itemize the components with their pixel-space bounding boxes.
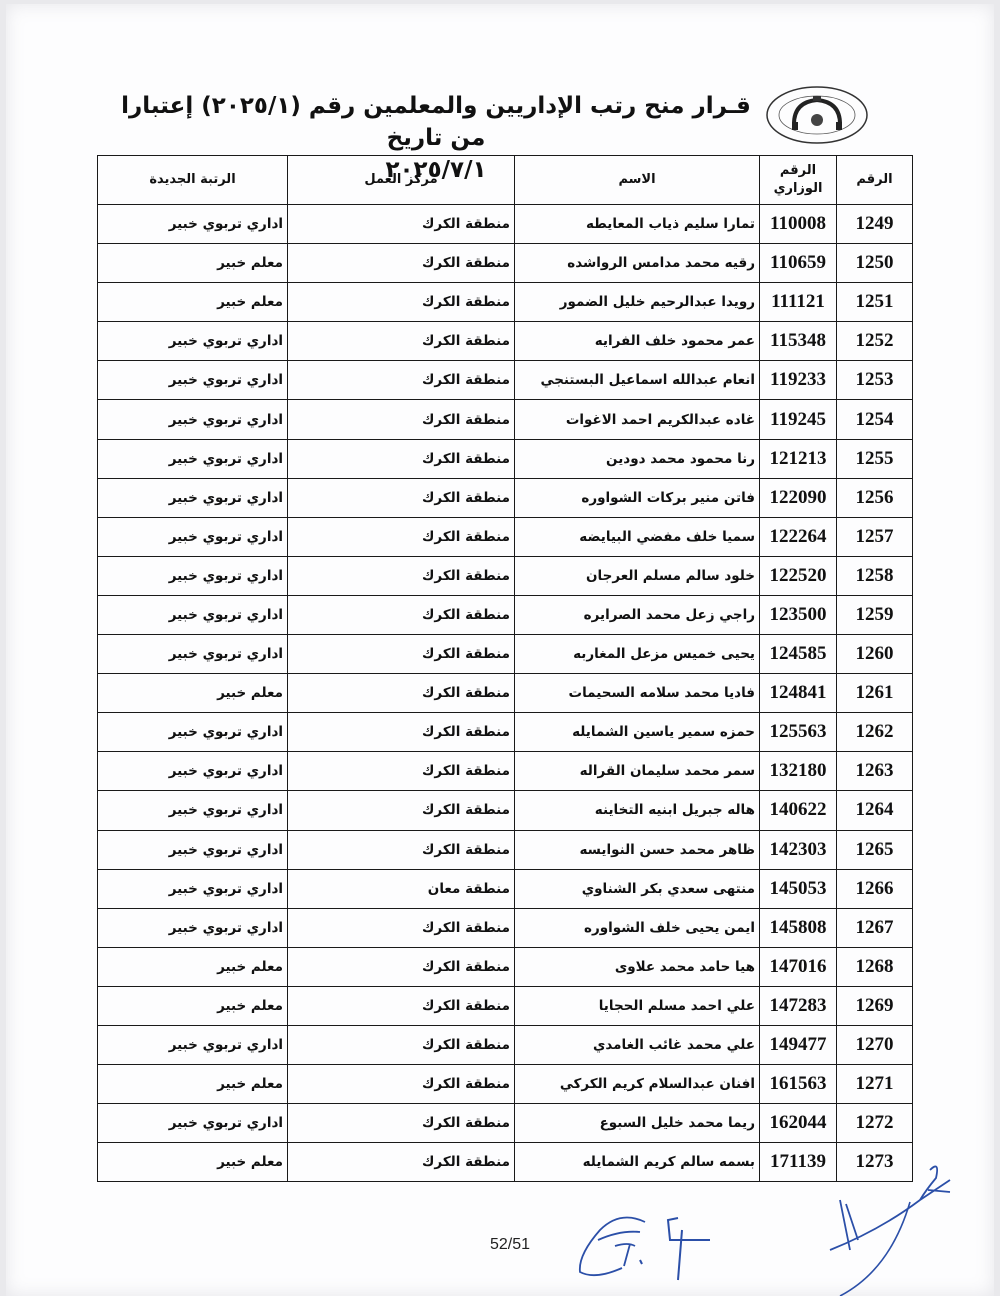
row-work-center: منطقة الكرك	[288, 635, 515, 674]
row-seq: 1271	[837, 1065, 913, 1104]
row-name: رنا محمود محمد دودين	[515, 439, 760, 478]
header-new-rank: الرتبة الجديدة	[98, 156, 288, 205]
row-work-center: منطقة الكرك	[288, 713, 515, 752]
header-seq: الرقم	[837, 156, 913, 205]
row-ministry-id: 147016	[760, 947, 837, 986]
table-row: 1268 147016 هيا حامد محمد علاوى منطقة ال…	[98, 947, 913, 986]
row-new-rank: اداري تربوي خبير	[98, 791, 288, 830]
row-new-rank: معلم خبير	[98, 1065, 288, 1104]
row-seq: 1256	[837, 478, 913, 517]
row-new-rank: اداري تربوي خبير	[98, 322, 288, 361]
row-seq: 1260	[837, 635, 913, 674]
row-ministry-id: 111121	[760, 283, 837, 322]
row-new-rank: اداري تربوي خبير	[98, 713, 288, 752]
table-row: 1267 145808 ايمن يحيى خلف الشواوره منطقة…	[98, 908, 913, 947]
table-row: 1251 111121 رويدا عبدالرحيم خليل الضمور …	[98, 283, 913, 322]
row-ministry-id: 122520	[760, 556, 837, 595]
row-name: ظاهر محمد حسن النوايسه	[515, 830, 760, 869]
header-ministry-id: الرقم الوزاري	[760, 156, 837, 205]
row-new-rank: معلم خبير	[98, 244, 288, 283]
row-work-center: منطقة الكرك	[288, 439, 515, 478]
row-name: تمارا سليم ذياب المعايطه	[515, 205, 760, 244]
signature-2-icon	[780, 1160, 960, 1296]
row-name: حمزه سمير ياسين الشمايله	[515, 713, 760, 752]
promotions-table: الرقم الرقم الوزاري الاسم مركز العمل الر…	[97, 155, 913, 1182]
signature-1-icon	[560, 1200, 730, 1296]
row-seq: 1258	[837, 556, 913, 595]
row-name: خلود سالم مسلم العرجان	[515, 556, 760, 595]
row-ministry-id: 147283	[760, 986, 837, 1025]
row-ministry-id: 110008	[760, 205, 837, 244]
row-work-center: منطقة الكرك	[288, 947, 515, 986]
row-work-center: منطقة الكرك	[288, 1104, 515, 1143]
header-name: الاسم	[515, 156, 760, 205]
row-name: علي احمد مسلم الحجايا	[515, 986, 760, 1025]
row-seq: 1253	[837, 361, 913, 400]
row-new-rank: اداري تربوي خبير	[98, 830, 288, 869]
table-row: 1264 140622 هاله جبريل ابنيه التخاينه من…	[98, 791, 913, 830]
row-new-rank: معلم خبير	[98, 283, 288, 322]
table-row: 1261 124841 فاديا محمد سلامه السحيمات من…	[98, 674, 913, 713]
table-row: 1252 115348 عمر محمود خلف الفرايه منطقة …	[98, 322, 913, 361]
row-name: ريما محمد خليل السبوع	[515, 1104, 760, 1143]
table-row: 1271 161563 افنان عبدالسلام كريم الكركي …	[98, 1065, 913, 1104]
table-row: 1270 149477 علي محمد غائب الغامدي منطقة …	[98, 1025, 913, 1064]
row-name: رويدا عبدالرحيم خليل الضمور	[515, 283, 760, 322]
row-name: فاتن منير بركات الشواوره	[515, 478, 760, 517]
row-seq: 1269	[837, 986, 913, 1025]
row-new-rank: اداري تربوي خبير	[98, 439, 288, 478]
row-name: هاله جبريل ابنيه التخاينه	[515, 791, 760, 830]
table-row: 1266 145053 منتهى سعدي بكر الشناوي منطقة…	[98, 869, 913, 908]
row-new-rank: اداري تربوي خبير	[98, 400, 288, 439]
row-seq: 1257	[837, 517, 913, 556]
row-new-rank: اداري تربوي خبير	[98, 517, 288, 556]
row-ministry-id: 124841	[760, 674, 837, 713]
row-seq: 1266	[837, 869, 913, 908]
table-row: 1260 124585 يحيى خميس مزعل المغاربه منطق…	[98, 635, 913, 674]
row-work-center: منطقة الكرك	[288, 986, 515, 1025]
row-new-rank: اداري تربوي خبير	[98, 478, 288, 517]
row-seq: 1267	[837, 908, 913, 947]
row-ministry-id: 119245	[760, 400, 837, 439]
table-row: 1257 122264 سميا خلف مفضي البيايضه منطقة…	[98, 517, 913, 556]
row-ministry-id: 140622	[760, 791, 837, 830]
row-work-center: منطقة الكرك	[288, 1065, 515, 1104]
row-ministry-id: 124585	[760, 635, 837, 674]
row-new-rank: اداري تربوي خبير	[98, 595, 288, 634]
row-new-rank: اداري تربوي خبير	[98, 908, 288, 947]
row-work-center: منطقة الكرك	[288, 361, 515, 400]
row-ministry-id: 149477	[760, 1025, 837, 1064]
table-row: 1250 110659 رقيه محمد مدامس الرواشده منط…	[98, 244, 913, 283]
row-ministry-id: 132180	[760, 752, 837, 791]
row-work-center: منطقة الكرك	[288, 517, 515, 556]
row-name: راجي زعل محمد الصرايره	[515, 595, 760, 634]
row-seq: 1259	[837, 595, 913, 634]
row-seq: 1263	[837, 752, 913, 791]
row-ministry-id: 115348	[760, 322, 837, 361]
row-name: هيا حامد محمد علاوى	[515, 947, 760, 986]
row-seq: 1262	[837, 713, 913, 752]
table-row: 1259 123500 راجي زعل محمد الصرايره منطقة…	[98, 595, 913, 634]
row-new-rank: اداري تربوي خبير	[98, 1025, 288, 1064]
row-work-center: منطقة الكرك	[288, 244, 515, 283]
row-work-center: منطقة الكرك	[288, 322, 515, 361]
row-name: يحيى خميس مزعل المغاربه	[515, 635, 760, 674]
table-row: 1249 110008 تمارا سليم ذياب المعايطه منط…	[98, 205, 913, 244]
table-row: 1269 147283 علي احمد مسلم الحجايا منطقة …	[98, 986, 913, 1025]
row-work-center: منطقة الكرك	[288, 595, 515, 634]
row-seq: 1251	[837, 283, 913, 322]
row-work-center: منطقة الكرك	[288, 674, 515, 713]
row-work-center: منطقة الكرك	[288, 1025, 515, 1064]
row-seq: 1255	[837, 439, 913, 478]
table-header-row: الرقم الرقم الوزاري الاسم مركز العمل الر…	[98, 156, 913, 205]
row-name: انعام عبدالله اسماعيل البستنجي	[515, 361, 760, 400]
row-ministry-id: 161563	[760, 1065, 837, 1104]
row-work-center: منطقة الكرك	[288, 205, 515, 244]
row-ministry-id: 110659	[760, 244, 837, 283]
row-new-rank: اداري تربوي خبير	[98, 1104, 288, 1143]
row-seq: 1249	[837, 205, 913, 244]
row-new-rank: معلم خبير	[98, 986, 288, 1025]
row-ministry-id: 145808	[760, 908, 837, 947]
row-name: ايمن يحيى خلف الشواوره	[515, 908, 760, 947]
row-work-center: منطقة الكرك	[288, 752, 515, 791]
row-work-center: منطقة الكرك	[288, 1143, 515, 1182]
row-seq: 1250	[837, 244, 913, 283]
row-seq: 1254	[837, 400, 913, 439]
row-new-rank: معلم خبير	[98, 947, 288, 986]
table-row: 1258 122520 خلود سالم مسلم العرجان منطقة…	[98, 556, 913, 595]
row-name: سميا خلف مفضي البيايضه	[515, 517, 760, 556]
row-name: غاده عبدالكريم احمد الاغوات	[515, 400, 760, 439]
row-new-rank: معلم خبير	[98, 674, 288, 713]
row-seq: 1252	[837, 322, 913, 361]
row-ministry-id: 122264	[760, 517, 837, 556]
row-name: منتهى سعدي بكر الشناوي	[515, 869, 760, 908]
row-ministry-id: 123500	[760, 595, 837, 634]
row-work-center: منطقة معان	[288, 869, 515, 908]
row-ministry-id: 121213	[760, 439, 837, 478]
row-new-rank: اداري تربوي خبير	[98, 752, 288, 791]
table-row: 1255 121213 رنا محمود محمد دودين منطقة ا…	[98, 439, 913, 478]
row-new-rank: اداري تربوي خبير	[98, 361, 288, 400]
page-number: 52/51	[490, 1236, 530, 1254]
row-name: بسمه سالم كريم الشمايله	[515, 1143, 760, 1182]
row-name: عمر محمود خلف الفرايه	[515, 322, 760, 361]
row-work-center: منطقة الكرك	[288, 908, 515, 947]
row-work-center: منطقة الكرك	[288, 283, 515, 322]
row-ministry-id: 145053	[760, 869, 837, 908]
row-work-center: منطقة الكرك	[288, 478, 515, 517]
table-row: 1256 122090 فاتن منير بركات الشواوره منط…	[98, 478, 913, 517]
row-name: رقيه محمد مدامس الرواشده	[515, 244, 760, 283]
row-work-center: منطقة الكرك	[288, 830, 515, 869]
row-new-rank: اداري تربوي خبير	[98, 635, 288, 674]
row-new-rank: معلم خبير	[98, 1143, 288, 1182]
ministry-emblem-icon	[764, 84, 870, 146]
row-ministry-id: 122090	[760, 478, 837, 517]
title-line-1: قـرار منح رتب الإداريين والمعلمين رقم (٢…	[121, 93, 751, 151]
row-ministry-id: 142303	[760, 830, 837, 869]
row-work-center: منطقة الكرك	[288, 556, 515, 595]
row-work-center: منطقة الكرك	[288, 791, 515, 830]
row-seq: 1265	[837, 830, 913, 869]
row-seq: 1272	[837, 1104, 913, 1143]
row-ministry-id: 162044	[760, 1104, 837, 1143]
row-ministry-id: 125563	[760, 713, 837, 752]
row-new-rank: اداري تربوي خبير	[98, 869, 288, 908]
table-row: 1262 125563 حمزه سمير ياسين الشمايله منط…	[98, 713, 913, 752]
table-row: 1254 119245 غاده عبدالكريم احمد الاغوات …	[98, 400, 913, 439]
row-name: فاديا محمد سلامه السحيمات	[515, 674, 760, 713]
table-row: 1263 132180 سمر محمد سليمان القراله منطق…	[98, 752, 913, 791]
table-row: 1265 142303 ظاهر محمد حسن النوايسه منطقة…	[98, 830, 913, 869]
row-name: علي محمد غائب الغامدي	[515, 1025, 760, 1064]
row-seq: 1268	[837, 947, 913, 986]
row-new-rank: اداري تربوي خبير	[98, 556, 288, 595]
row-new-rank: اداري تربوي خبير	[98, 205, 288, 244]
row-name: سمر محمد سليمان القراله	[515, 752, 760, 791]
row-seq: 1264	[837, 791, 913, 830]
row-seq: 1261	[837, 674, 913, 713]
table-row: 1272 162044 ريما محمد خليل السبوع منطقة …	[98, 1104, 913, 1143]
row-name: افنان عبدالسلام كريم الكركي	[515, 1065, 760, 1104]
row-seq: 1270	[837, 1025, 913, 1064]
row-ministry-id: 119233	[760, 361, 837, 400]
table-row: 1253 119233 انعام عبدالله اسماعيل البستن…	[98, 361, 913, 400]
row-work-center: منطقة الكرك	[288, 400, 515, 439]
header-work-center: مركز العمل	[288, 156, 515, 205]
